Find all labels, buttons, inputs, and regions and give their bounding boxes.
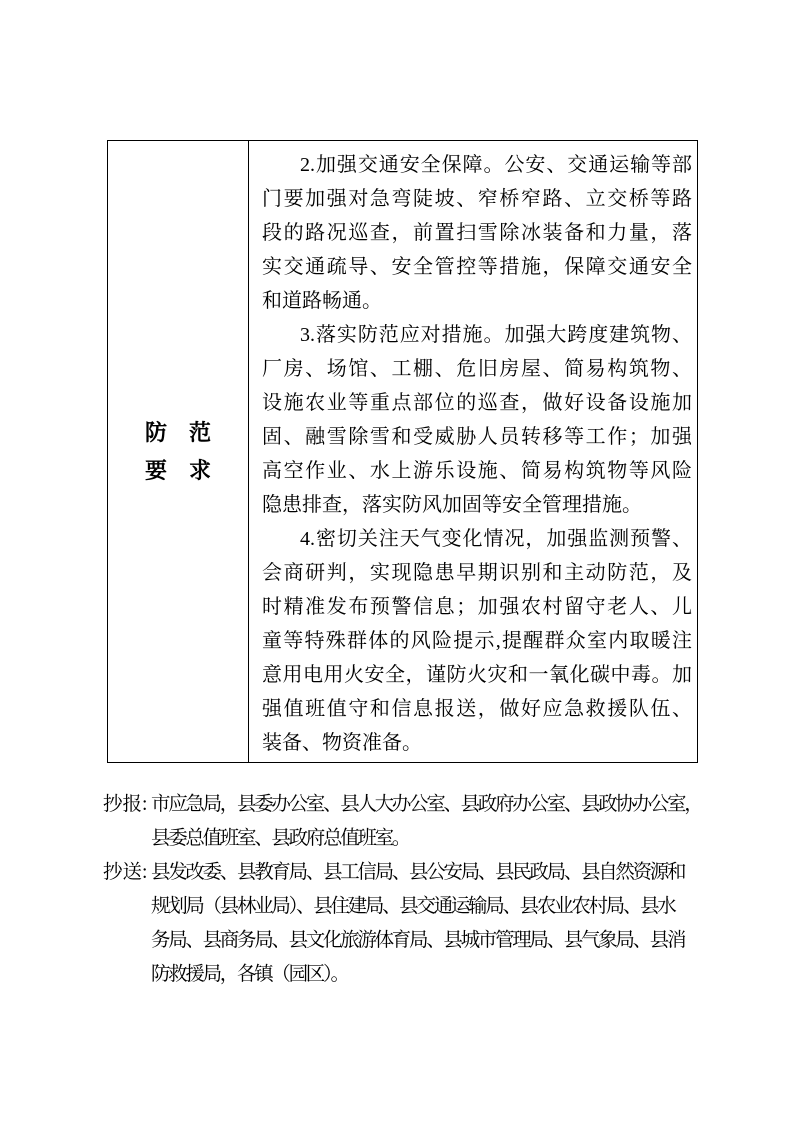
paragraph-4-weather-monitoring: 4.密切关注天气变化情况，加强监测预警、 会商研判，实现隐患早期识别和主动防范，…	[262, 522, 692, 760]
footer-line: 市应急局，县委办公室、县人大办公室、县政府办公室、县政协办公室，	[151, 788, 703, 822]
footer-line: 务局、县商务局、县文化旅游体育局、县城市管理局、县气象局、县消	[151, 924, 703, 958]
paragraph-3-prevention-measures: 3.落实防范应对措施。加强大跨度建筑物、 厂房、场馆、工棚、危旧房屋、简易构筑物…	[262, 318, 692, 522]
prevention-requirements-table: 防 范 要 求 2.加强交通安全保障。公安、交通运输等部 门要加强对急弯陡坡、窄…	[107, 140, 698, 763]
body-line: 意用电用火安全，谨防火灾和一氧化碳中毒。加	[262, 658, 692, 692]
table-row-header-cell: 防 范 要 求	[108, 141, 249, 762]
body-line: 高空作业、水上游乐设施、简易构筑物等风险	[262, 454, 692, 488]
body-line: 3.落实防范应对措施。加强大跨度建筑物、	[262, 318, 692, 352]
body-line: 段的路况巡查，前置扫雪除冰装备和力量，落	[262, 216, 692, 250]
distribution-footer: 抄报: 市应急局，县委办公室、县人大办公室、县政府办公室、县政协办公室， 县委总…	[103, 788, 703, 992]
body-line: 门要加强对急弯陡坡、窄桥窄路、立交桥等路	[262, 182, 692, 216]
body-line: 隐患排查，落实防风加固等安全管理措施。	[262, 488, 692, 522]
footer-line: 县委总值班室、县政府总值班室。	[151, 822, 703, 856]
body-line: 时精准发布预警信息；加强农村留守老人、儿	[262, 590, 692, 624]
footer-line: 县发改委、县教育局、县工信局、县公安局、县民政局、县自然资源和	[151, 856, 703, 890]
table-content-cell: 2.加强交通安全保障。公安、交通运输等部 门要加强对急弯陡坡、窄桥窄路、立交桥等…	[249, 141, 697, 762]
body-line: 固、融雪除雪和受威胁人员转移等工作；加强	[262, 420, 692, 454]
body-line: 实交通疏导、安全管控等措施，保障交通安全	[262, 250, 692, 284]
body-line: 2.加强交通安全保障。公安、交通运输等部	[262, 148, 692, 182]
copy-report-label: 抄报:	[103, 788, 151, 822]
copy-report-content: 市应急局，县委办公室、县人大办公室、县政府办公室、县政协办公室， 县委总值班室、…	[151, 788, 703, 856]
body-line: 装备、物资准备。	[262, 726, 692, 760]
body-line: 厂房、场馆、工棚、危旧房屋、简易构筑物、	[262, 352, 692, 386]
footer-line: 规划局（县林业局）、县住建局、县交通运输局、县农业农村局、县水	[151, 890, 703, 924]
body-line: 童等特殊群体的风险提示,提醒群众室内取暖注	[262, 624, 692, 658]
body-line: 强值班值守和信息报送，做好应急救援队伍、	[262, 692, 692, 726]
body-line: 设施农业等重点部位的巡查，做好设备设施加	[262, 386, 692, 420]
footer-line: 防救援局，各镇（园区）。	[151, 958, 703, 992]
copy-send-content: 县发改委、县教育局、县工信局、县公安局、县民政局、县自然资源和 规划局（县林业局…	[151, 856, 703, 992]
copy-send-entry: 抄送: 县发改委、县教育局、县工信局、县公安局、县民政局、县自然资源和 规划局（…	[103, 856, 703, 992]
body-line: 和道路畅通。	[262, 284, 692, 318]
body-line: 会商研判，实现隐患早期识别和主动防范，及	[262, 556, 692, 590]
row-header-line-1: 防 范	[145, 414, 211, 452]
row-header-line-2: 要 求	[145, 452, 211, 490]
copy-send-label: 抄送:	[103, 856, 151, 890]
body-line: 4.密切关注天气变化情况，加强监测预警、	[262, 522, 692, 556]
copy-report-entry: 抄报: 市应急局，县委办公室、县人大办公室、县政府办公室、县政协办公室， 县委总…	[103, 788, 703, 856]
document-page: 防 范 要 求 2.加强交通安全保障。公安、交通运输等部 门要加强对急弯陡坡、窄…	[0, 0, 793, 1122]
paragraph-2-traffic-safety: 2.加强交通安全保障。公安、交通运输等部 门要加强对急弯陡坡、窄桥窄路、立交桥等…	[262, 148, 692, 318]
